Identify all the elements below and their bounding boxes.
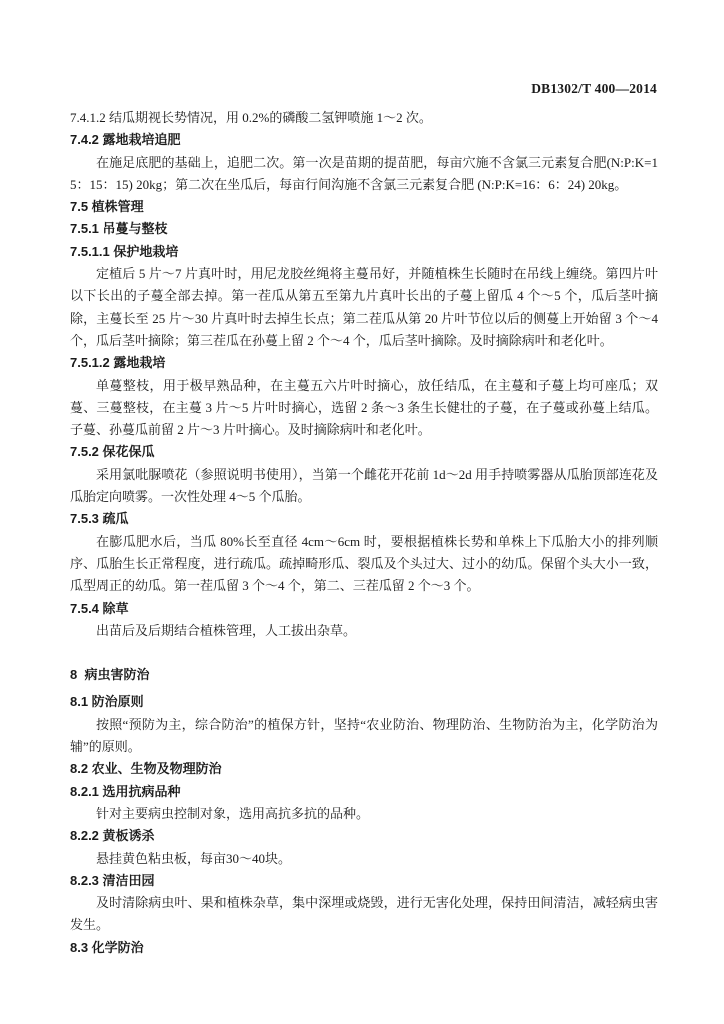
section-heading: 8.2.1 选用抗病品种 [70,781,658,803]
section-heading: 7.5.3 疏瓜 [70,508,658,530]
section-heading: 7.5.1.2 露地栽培 [70,352,658,374]
section-heading: 7.4.2 露地栽培追肥 [70,129,658,151]
paragraph: 出苗后及后期结合植株管理，人工拔出杂草。 [70,620,658,642]
paragraph: 定植后 5 片～7 片真叶时，用尼龙胶丝绳将主蔓吊好，并随植株生长随时在吊线上缠… [70,263,658,352]
section-heading: 7.5.1 吊蔓与整枝 [70,218,658,240]
section-heading: 7.5 植株管理 [70,196,658,218]
paragraph: 按照“预防为主，综合防治”的植保方针，坚持“农业防治、物理防治、生物防治为主，化… [70,714,658,759]
paragraph: 及时清除病虫叶、果和植株杂草，集中深埋或烧毁，进行无害化处理，保持田间清洁，减轻… [70,892,658,937]
paragraph: 在施足底肥的基础上，追肥二次。第一次是苗期的提苗肥，每亩穴施不含氯三元素复合肥(… [70,152,658,197]
section-heading: 8.2.2 黄板诱杀 [70,825,658,847]
section-heading: 8.2.3 清洁田园 [70,870,658,892]
paragraph: 采用氯吡脲喷花（参照说明书使用），当第一个雌花开花前 1d～2d 用手持喷雾器从… [70,464,658,509]
chapter-heading: 8 病虫害防治 [70,664,658,686]
section-heading: 8.1 防治原则 [70,691,658,713]
doc-standard-code: DB1302/T 400—2014 [531,81,657,97]
section-heading: 7.5.1.1 保护地栽培 [70,241,658,263]
clause-text: 7.4.1.2 结瓜期视长势情况，用 0.2%的磷酸二氢钾喷施 1～2 次。 [70,107,658,129]
document-page: DB1302/T 400—2014 7.4.1.2 结瓜期视长势情况，用 0.2… [0,0,724,1024]
paragraph: 悬挂黄色粘虫板，每亩30～40块。 [70,848,658,870]
section-heading: 7.5.2 保花保瓜 [70,441,658,463]
paragraph: 在膨瓜肥水后，当瓜 80%长至直径 4cm～6cm 时，要根据植株长势和单株上下… [70,531,658,598]
paragraph: 针对主要病虫控制对象，选用高抗多抗的品种。 [70,803,658,825]
section-heading: 8.2 农业、生物及物理防治 [70,758,658,780]
section-heading: 7.5.4 除草 [70,598,658,620]
paragraph: 单蔓整枝，用于极早熟品种，在主蔓五六片叶时摘心，放任结瓜，在主蔓和子蔓上均可座瓜… [70,375,658,442]
section-heading: 8.3 化学防治 [70,937,658,959]
doc-body: 7.4.1.2 结瓜期视长势情况，用 0.2%的磷酸二氢钾喷施 1～2 次。7.… [70,107,658,959]
